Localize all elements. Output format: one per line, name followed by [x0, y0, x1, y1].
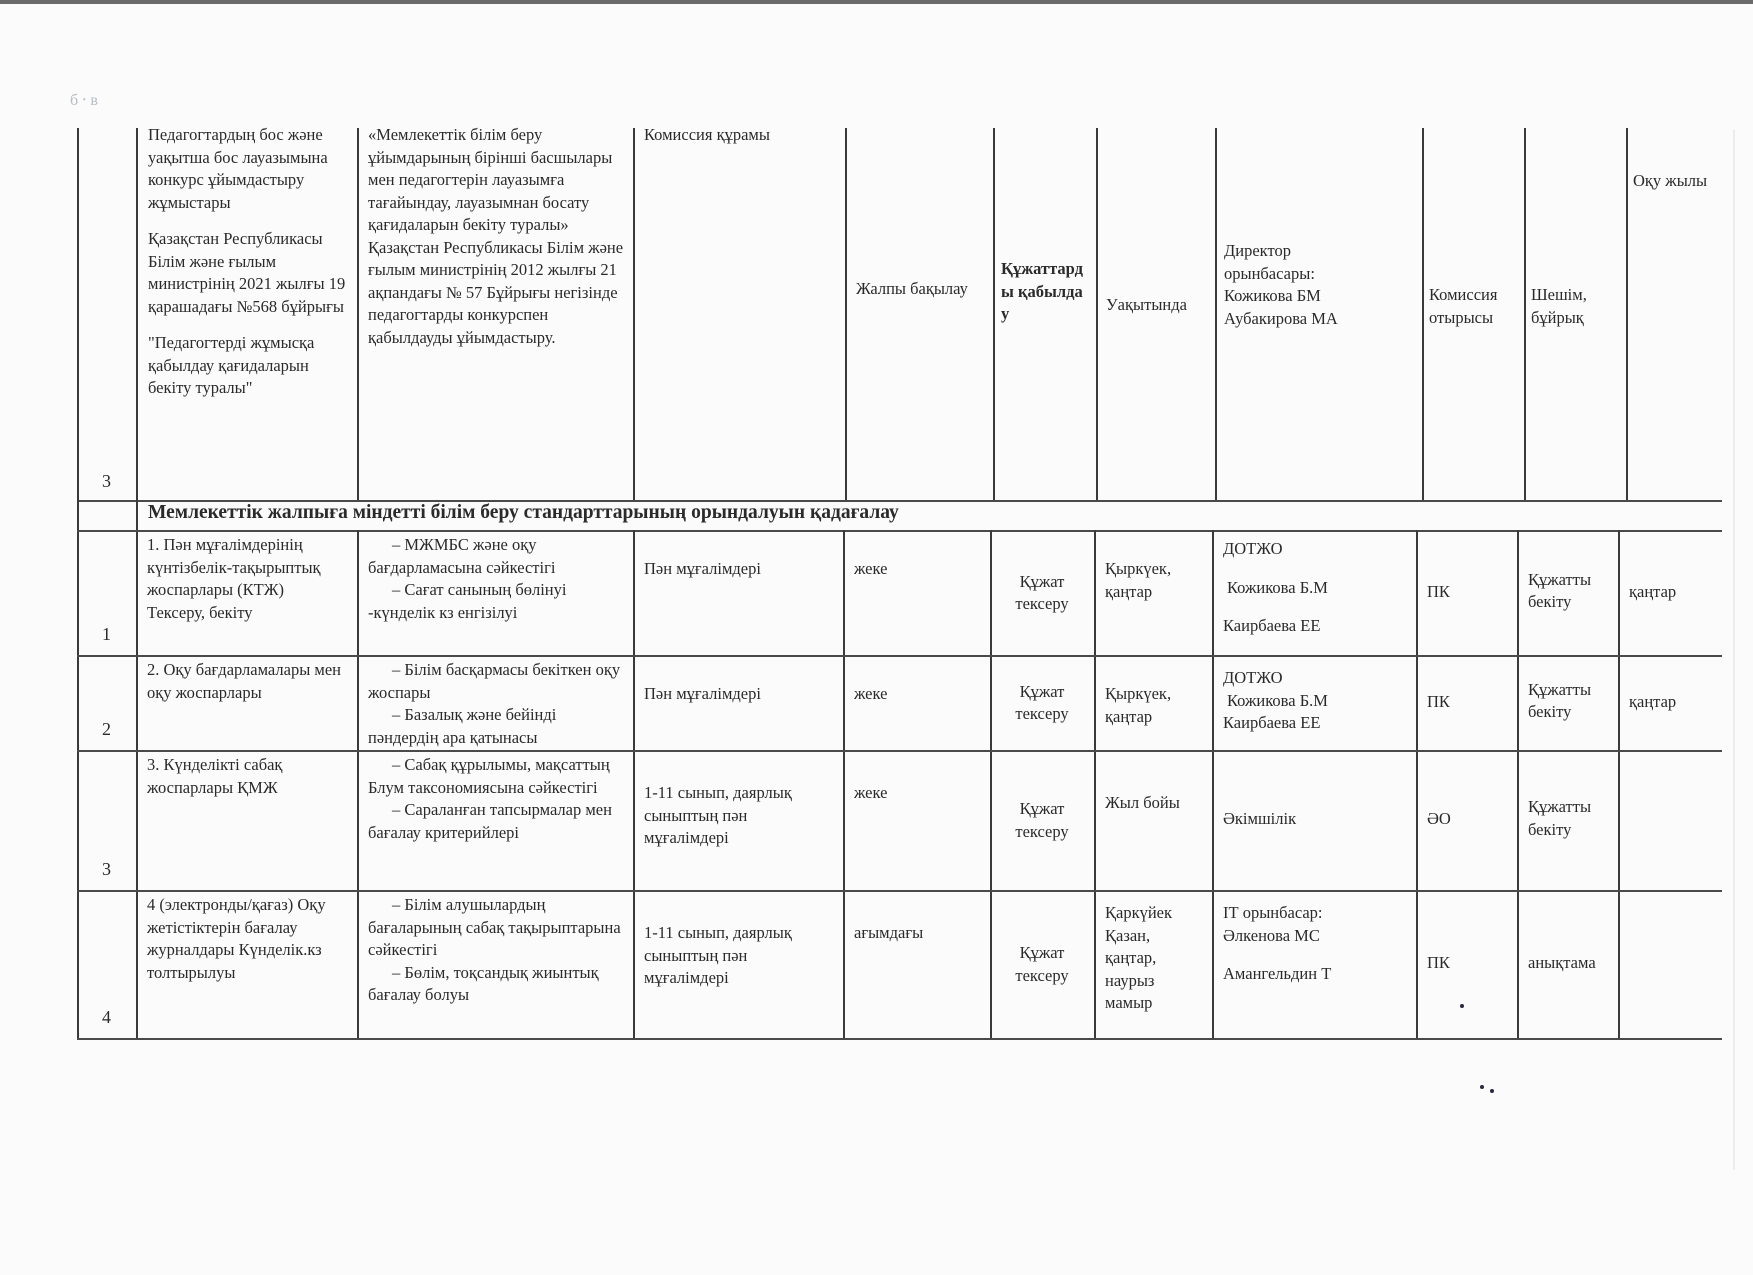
- row-method: Құжат тексеру: [993, 942, 1091, 987]
- row-review-place: ПК: [1419, 581, 1514, 604]
- row-goal: – Білім басқармасы бекіткен оқу жоспары–…: [360, 659, 630, 749]
- goal-line: – Сағат санының бөлінуі: [368, 579, 622, 602]
- row-object: 1-11 сынып, даярлық сыныптың пән мұғалім…: [636, 782, 840, 850]
- stray-dot: [1480, 1085, 1484, 1089]
- row-period: Жыл бойы: [1097, 792, 1209, 815]
- goal-line: – МЖМБС және оқу бағдарламасына сәйкесті…: [368, 534, 622, 579]
- goal-line: – Білім алушылардың бағаларының сабақ та…: [368, 894, 622, 962]
- table-border-vertical: [136, 128, 138, 500]
- row-deadline: Оқу жылы: [1625, 170, 1719, 193]
- responsible-person: IТ орынбасар:: [1223, 902, 1405, 925]
- row-method: Құжат тексеру: [993, 681, 1091, 726]
- table-border-vertical: [1416, 530, 1418, 1038]
- row-responsible: IТ орынбасар:Әлкенова МСАмангельдин Т: [1215, 902, 1413, 986]
- row-result: Құжатты бекіту: [1520, 569, 1615, 614]
- row-object: Пән мұғалімдері: [636, 683, 840, 706]
- row-period: Қаркүйек Қазан, қаңтар, наурыз мамыр: [1097, 902, 1209, 1015]
- table-border-vertical: [77, 500, 79, 1038]
- table-border-vertical: [1517, 530, 1519, 1038]
- row-responsible: Әкімшілік: [1215, 808, 1413, 831]
- responsible-person: Кожикова Б.М: [1223, 577, 1405, 600]
- table-border-vertical: [357, 128, 359, 500]
- table-border-horizontal: [77, 890, 1722, 892]
- row-control-type: ағымдағы: [846, 922, 987, 945]
- table-border-vertical: [990, 530, 992, 1038]
- row-method: Құжаттарды қабылдау: [993, 258, 1093, 326]
- section-title: Мемлекеттік жалпыға міндетті білім беру …: [140, 502, 1720, 525]
- row-period: Уақытында: [1098, 294, 1212, 317]
- table-border-vertical: [1212, 530, 1214, 1038]
- scan-top-edge: [0, 0, 1753, 4]
- row-period: Қыркүек, қаңтар: [1097, 558, 1209, 603]
- row-number: 4: [80, 1006, 133, 1029]
- title-paragraph: Қазақстан Республикасы Білім және ғылым …: [148, 228, 347, 318]
- row-number: 2: [80, 718, 133, 741]
- row-goal: – Сабақ құрылымы, мақсаттың Блум таксоно…: [360, 754, 630, 844]
- table-border-horizontal: [77, 655, 1722, 657]
- row-period: Қыркүек, қаңтар: [1097, 683, 1209, 728]
- table-border-horizontal: [77, 750, 1722, 752]
- row-result: Құжатты бекіту: [1520, 679, 1615, 724]
- row-control-type: Жалпы бақылау: [848, 278, 988, 301]
- row-review-place: ӘО: [1419, 808, 1514, 831]
- table-border-vertical: [845, 128, 847, 500]
- responsible-person: Амангельдин Т: [1223, 963, 1405, 986]
- goal-line: -күнделік кз енгізілуі: [368, 602, 622, 625]
- goal-line: – Білім басқармасы бекіткен оқу жоспары: [368, 659, 622, 704]
- row-responsible: Директор орынбасары: Кожикова БМ Аубакир…: [1216, 240, 1416, 330]
- row-deadline: қаңтар: [1621, 691, 1719, 714]
- responsible-person: ДОТЖО: [1223, 538, 1405, 561]
- stray-dot: [1460, 1004, 1464, 1008]
- stray-dot: [1490, 1089, 1494, 1093]
- responsible-person: ДОТЖО: [1223, 667, 1405, 690]
- table-border-vertical: [633, 530, 635, 1038]
- row-review-place: ПК: [1419, 691, 1514, 714]
- row-result: анықтама: [1520, 952, 1615, 975]
- row-control-type: жеке: [846, 782, 987, 805]
- row-result: Шешім, бұйрық: [1523, 284, 1621, 329]
- row-basis: «Мемлекеттік білім беру ұйымдарының бірі…: [360, 124, 632, 349]
- row-goal: – МЖМБС және оқу бағдарламасына сәйкесті…: [360, 534, 630, 624]
- responsible-person: Каирбаева ЕЕ: [1223, 712, 1405, 735]
- row-title: 1. Пән мұғалімдерінің күнтізбелік-тақыры…: [139, 534, 354, 624]
- row-review-place: Комиссия отырысы: [1421, 284, 1519, 329]
- row-goal: – Білім алушылардың бағаларының сабақ та…: [360, 894, 630, 1007]
- page-edge-shadow: [1733, 130, 1735, 1170]
- row-responsible: ДОТЖОКожикова Б.МКаирбаева ЕЕ: [1215, 538, 1413, 638]
- responsible-person: Әкімшілік: [1223, 808, 1405, 831]
- goal-line: – Сараланған тапсырмалар мен бағалау кри…: [368, 799, 622, 844]
- row-object: 1-11 сынып, даярлық сыныптың пән мұғалім…: [636, 922, 840, 990]
- table-border-horizontal: [77, 1038, 1722, 1040]
- title-paragraph: "Педагогтерді жұмысқа қабылдау қағидалар…: [148, 332, 347, 400]
- row-responsible: ДОТЖОКожикова Б.МКаирбаева ЕЕ: [1215, 667, 1413, 735]
- row-object: Комиссия құрамы: [636, 124, 842, 147]
- row-number: 3: [80, 858, 133, 881]
- row-method: Құжат тексеру: [993, 571, 1091, 616]
- row-object: Пән мұғалімдері: [636, 558, 840, 581]
- table-border-vertical: [1094, 530, 1096, 1038]
- goal-line: – Бөлім, тоқсандық жиынтық бағалау болуы: [368, 962, 622, 1007]
- responsible-person: Әлкенова МС: [1223, 925, 1405, 948]
- table-border-vertical: [77, 128, 79, 500]
- row-number: 1: [80, 623, 133, 646]
- row-deadline: қаңтар: [1621, 581, 1719, 604]
- row-number: 3: [77, 470, 136, 493]
- row-review-place: ПК: [1419, 952, 1514, 975]
- goal-line: – Базалық және бейінді пәндердің ара қат…: [368, 704, 622, 749]
- row-control-type: жеке: [846, 683, 987, 706]
- row-title: 4 (электронды/қағаз) Оқу жетістіктерін б…: [139, 894, 354, 984]
- title-paragraph: Педагогтардың бос және уақытша бос лауаз…: [148, 124, 347, 214]
- table-border-vertical: [136, 500, 138, 1038]
- row-result: Құжатты бекіту: [1520, 796, 1615, 841]
- row-title: 2. Оқу бағдарламалары мен оқу жоспарлары: [139, 659, 354, 704]
- scan-artifact-marks: б ⸱ в: [70, 88, 98, 110]
- table-border-horizontal: [77, 530, 1722, 532]
- table-border-vertical: [1618, 530, 1620, 1038]
- goal-line: – Сабақ құрылымы, мақсаттың Блум таксоно…: [368, 754, 622, 799]
- row-control-type: жеке: [846, 558, 987, 581]
- table-border-vertical: [843, 530, 845, 1038]
- table-border-vertical: [357, 530, 359, 1038]
- table-border-vertical: [633, 128, 635, 500]
- row-method: Құжат тексеру: [993, 798, 1091, 843]
- row-title: 3. Күнделікті сабақ жоспарлары ҚМЖ: [139, 754, 354, 799]
- responsible-person: Кожикова Б.М: [1223, 690, 1405, 713]
- row-title: Педагогтардың бос және уақытша бос лауаз…: [140, 124, 355, 414]
- responsible-person: Каирбаева ЕЕ: [1223, 615, 1405, 638]
